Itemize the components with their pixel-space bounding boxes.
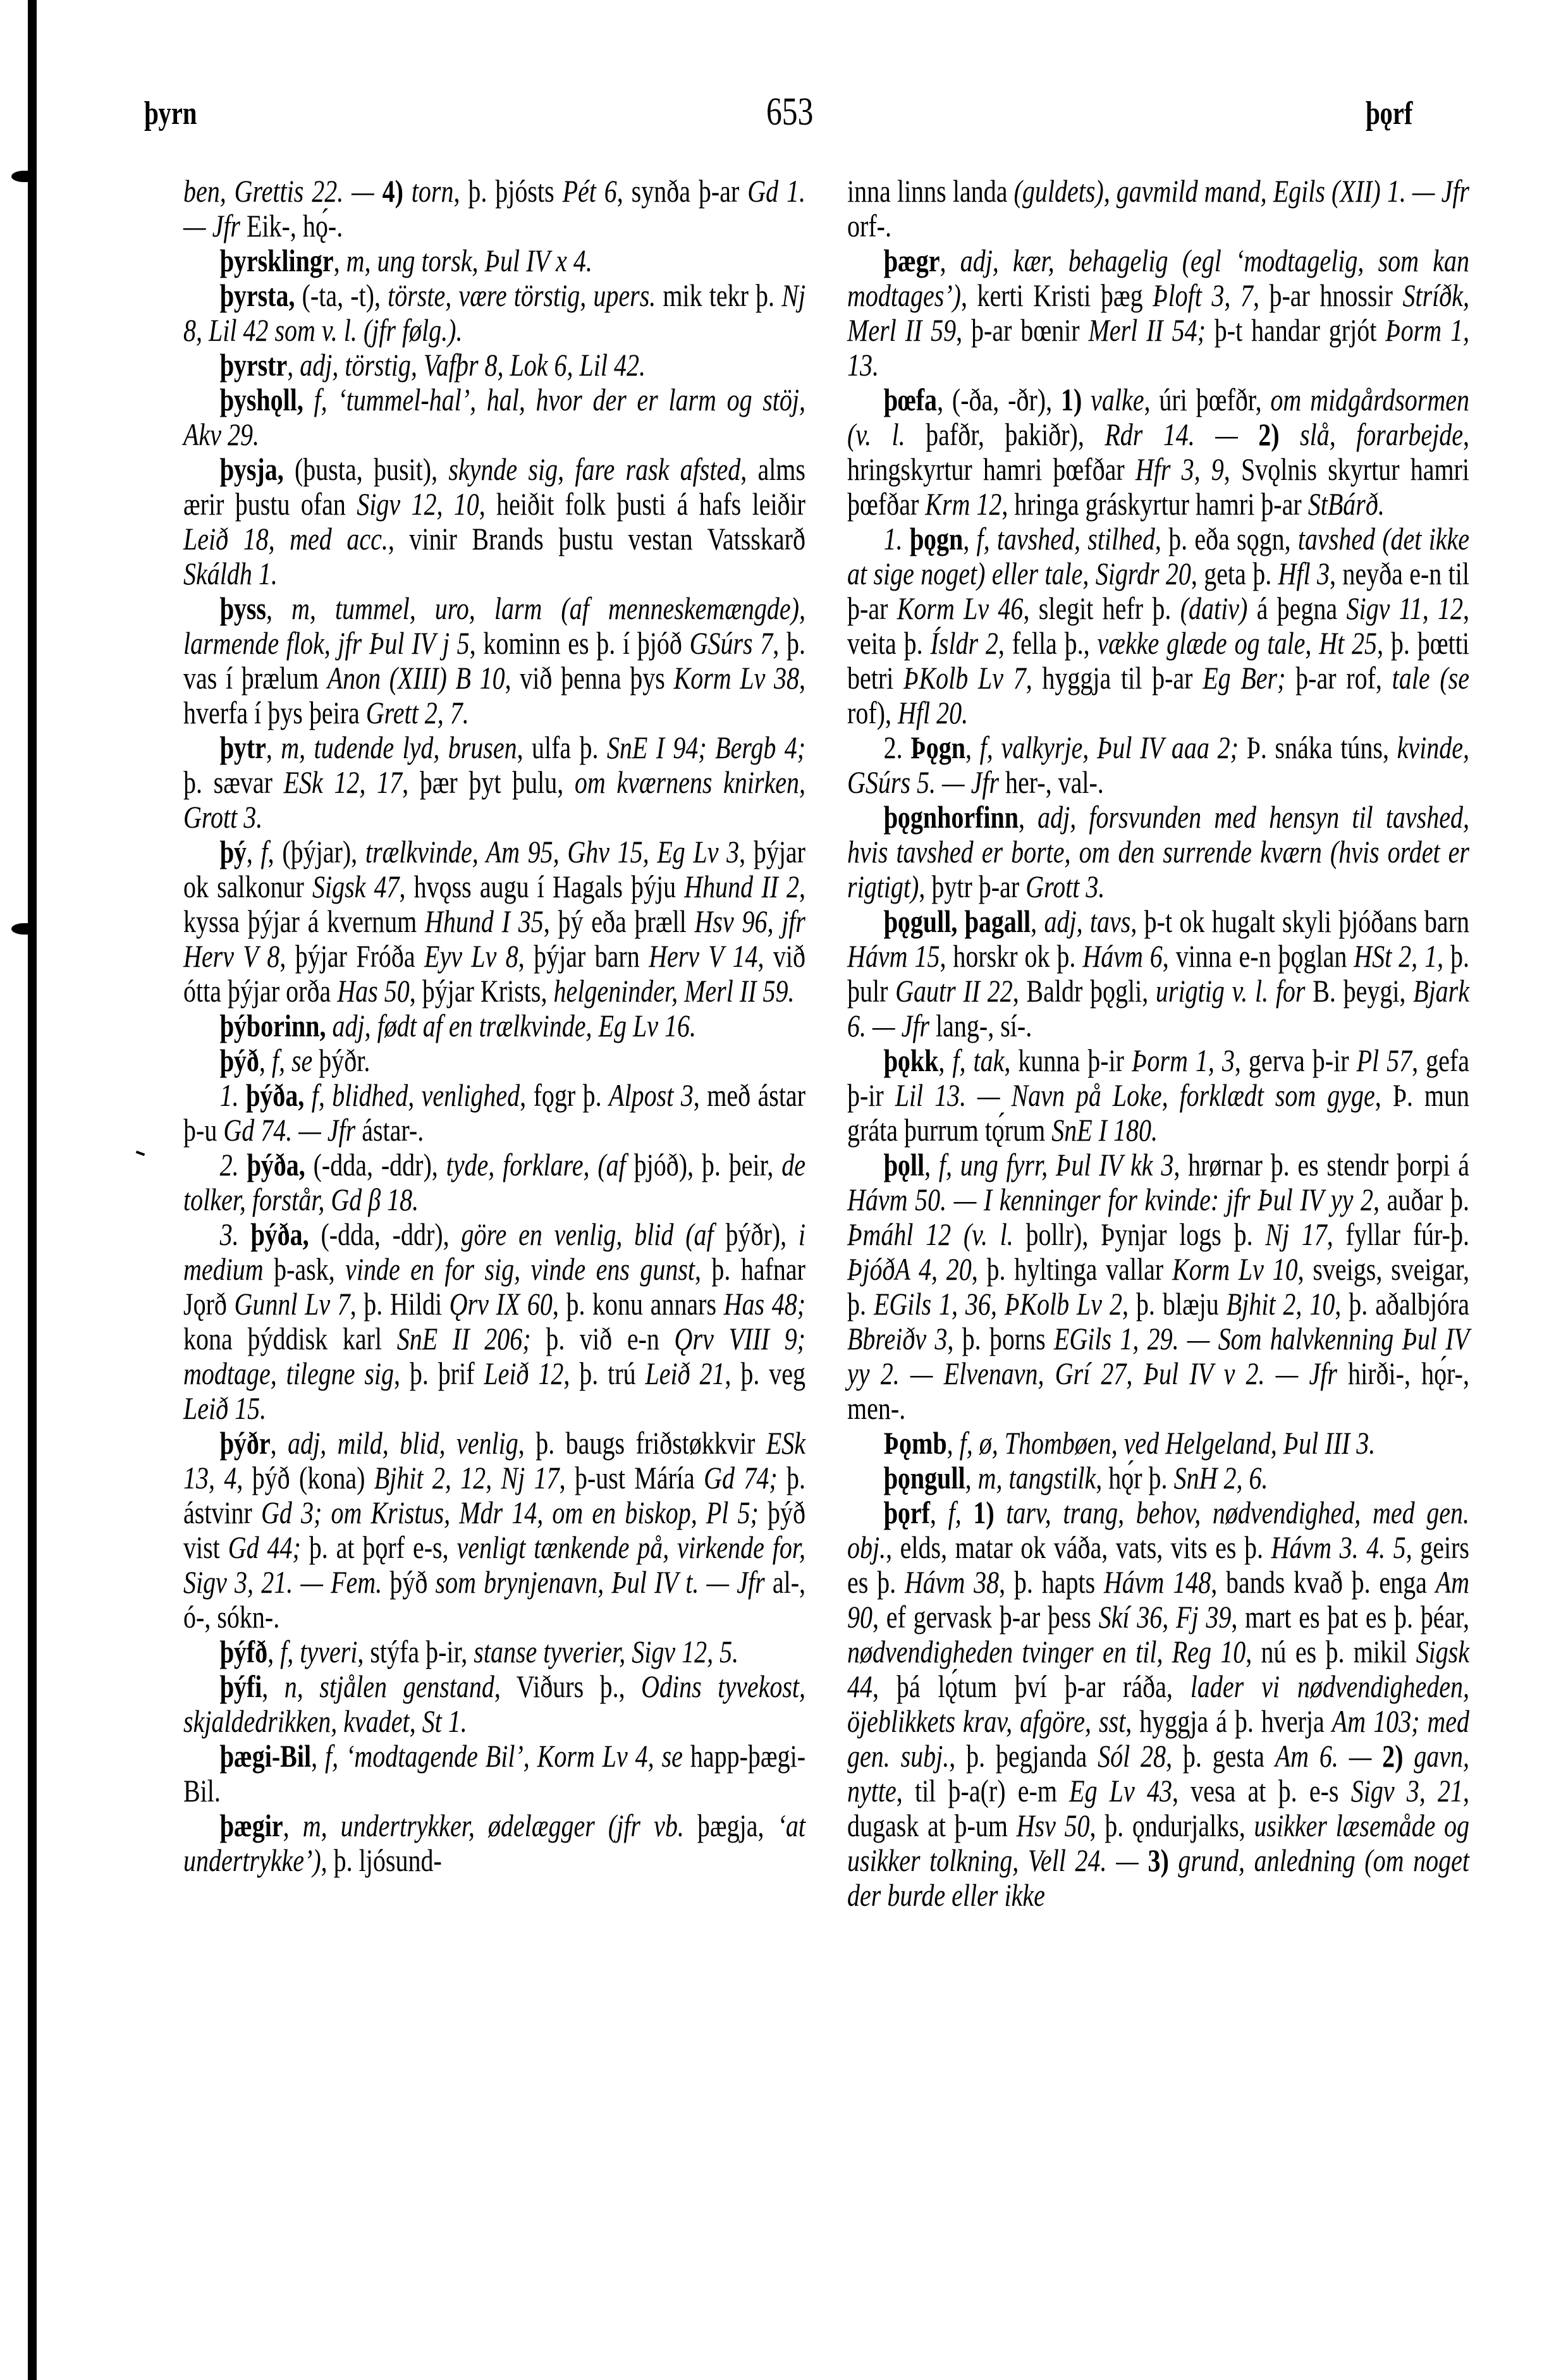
entry-text: , þ. eða sǫgn,	[1155, 521, 1298, 556]
italic-gloss: Korm Lv 46	[897, 591, 1024, 626]
headword: Þǫmb	[884, 1425, 947, 1461]
italic-gloss: Bjhit 2, 10	[1227, 1286, 1335, 1322]
entry-text: rof),	[847, 695, 898, 730]
entry-text: orf-.	[847, 208, 891, 243]
italic-gloss: m, ung torsk, Þul IV x 4.	[346, 243, 592, 278]
dictionary-entry: þǫkk, f, tak, kunna þ-ir Þorm 1, 3, gerv…	[847, 1043, 1469, 1148]
entry-text: B. þeygi,	[1306, 973, 1414, 1009]
italic-gloss: Hávm 148	[1104, 1564, 1211, 1600]
italic-gloss: tyde, forklare, (af	[446, 1147, 626, 1182]
entry-text: , hringa gráskyrtur hamri þ-ar	[1001, 486, 1307, 522]
italic-gloss: Hávm 38	[905, 1564, 999, 1600]
entry-text: , þ. þjósts	[453, 173, 562, 209]
dictionary-entry: 2. Þǫgn, f, valkyrje, Þul IV aaa 2; Þ. s…	[847, 730, 1469, 800]
italic-gloss: Sól 28	[1098, 1738, 1166, 1774]
italic-gloss: f, valkyrje, Þul IV aaa 2;	[980, 730, 1239, 765]
italic-gloss: f, tyveri	[280, 1634, 357, 1669]
headword: 4)	[383, 173, 412, 209]
entry-text: , þ. ǫndurjalks,	[1090, 1808, 1254, 1843]
entry-text: (-ta, -t),	[295, 278, 388, 313]
scan-speck	[136, 1151, 145, 1156]
italic-gloss: 1.	[220, 1077, 246, 1113]
italic-gloss: Þmáhl 12 (v. l.	[847, 1217, 1013, 1252]
italic-gloss: Hfl 3	[1278, 556, 1330, 591]
entry-text: , þ. ljósund-	[321, 1843, 442, 1878]
headword: þyshǫll,	[220, 382, 303, 417]
dictionary-entry: þǫngull, m, tangstilk, hǫ́r þ. SnH 2, 6.	[847, 1461, 1469, 1495]
italic-gloss: Eg Lv 43	[1069, 1773, 1172, 1808]
italic-gloss: ÞjóðA 4, 20	[847, 1251, 972, 1287]
entry-text: , þær þyt þulu,	[402, 764, 575, 800]
italic-gloss: valke	[1091, 382, 1144, 417]
italic-gloss: Ísldr 2	[930, 625, 998, 661]
italic-gloss: Krm 12	[925, 486, 1001, 522]
italic-gloss: slå, forarbejde	[1300, 417, 1463, 452]
entry-text: (þusta, þusit),	[284, 451, 449, 487]
entry-text: þ. við e-n	[531, 1321, 675, 1356]
italic-gloss: Has 48;	[724, 1286, 805, 1322]
italic-gloss: Has 50	[337, 973, 409, 1009]
italic-gloss: stanse tyverier, Sigv 12, 5.	[474, 1634, 738, 1669]
headword: þýðr	[220, 1425, 271, 1461]
italic-gloss: f	[261, 834, 268, 869]
entry-text: , þ-ust Máría	[560, 1460, 704, 1495]
italic-gloss: Gunnl Lv 7	[234, 1286, 350, 1322]
dictionary-entry: þǫrf, f, 1) tarv, trang, behov, nødvendi…	[847, 1495, 1469, 1913]
dictionary-entry: þyrsklingr, m, ung torsk, Þul IV x 4.	[183, 243, 805, 278]
italic-gloss: Leið 18, med acc.	[183, 521, 388, 556]
italic-gloss: Ǫrv IX 60	[450, 1286, 553, 1322]
entry-text: ,	[940, 243, 960, 278]
italic-gloss: Leið 21	[645, 1356, 725, 1391]
entry-text: , bands kvað þ. enga	[1211, 1564, 1435, 1600]
entry-text: , horskr ok þ.	[940, 938, 1082, 974]
headword: þysja,	[220, 451, 284, 487]
italic-gloss: Hávm 50. — I kenninger for kvinde: jfr Þ…	[847, 1182, 1373, 1217]
italic-gloss: f, blidhed, venlighed	[312, 1077, 520, 1113]
italic-gloss: f, se	[272, 1043, 312, 1078]
headword: þægi-Bil	[220, 1738, 311, 1774]
headword: þýfi	[220, 1669, 262, 1704]
dictionary-column-right: inna linns landa (guldets), gavmild mand…	[847, 174, 1469, 1913]
italic-gloss: Gd 3; om Kristus, Mdr 14, om en biskop, …	[261, 1495, 759, 1530]
italic-gloss: Grott 3.	[1025, 869, 1105, 904]
entry-text: ,	[965, 1460, 978, 1495]
entry-text	[303, 382, 314, 417]
entry-text: , úri þœfðr,	[1144, 382, 1271, 417]
entry-text: , þytr þ-ar	[919, 869, 1025, 904]
entry-text: , mart es þat es þ. þéar,	[1231, 1599, 1469, 1635]
entry-text: (-dda, -ddr),	[305, 1147, 446, 1182]
entry-text: , vinna e-n þǫglan	[1163, 938, 1354, 974]
entry-text: þ-t handar grjót	[1206, 312, 1385, 348]
entry-text: ,	[247, 834, 261, 869]
italic-gloss: (guldets), gavmild mand, Egils (XII) 1. …	[1014, 173, 1469, 209]
entry-text: , auðar þ.	[1373, 1182, 1469, 1217]
entry-text: , þ. þorns	[947, 1321, 1054, 1356]
headword: þýð	[220, 1043, 259, 1078]
headword: þǫll	[884, 1147, 924, 1182]
entry-text: , ulfa þ.	[517, 730, 607, 765]
entry-text: , hvǫss augu í Hagals þýju	[399, 869, 684, 904]
italic-gloss: Gautr II 22	[895, 973, 1013, 1009]
dictionary-entry: þægi-Bil, f, ‘modtagende Bil’, Korm Lv 4…	[183, 1739, 805, 1808]
dictionary-entry: þyss, m, tummel, uro, larm (af menneskem…	[183, 591, 805, 730]
entry-text: her-, val-.	[999, 764, 1104, 800]
headword: þǫkk	[884, 1043, 939, 1078]
headword: þýfð	[220, 1634, 268, 1669]
italic-gloss: vække glæde og tale, Ht 25	[1098, 625, 1378, 661]
italic-gloss: SnE I 180.	[1051, 1112, 1158, 1148]
italic-gloss: Lil 13. — Navn på Loke, forklædt som gyg…	[895, 1077, 1375, 1113]
entry-text: , við þenna þys	[505, 660, 674, 696]
entry-text: þ. at þǫrf e-s,	[301, 1530, 457, 1565]
entry-text: 2.	[884, 730, 911, 765]
dictionary-entry: þyrstr, adj, törstig, Vafþr 8, Lok 6, Li…	[183, 348, 805, 383]
entry-text: inna linns landa	[847, 173, 1014, 209]
italic-gloss: törste, være törstig, upers.	[388, 278, 656, 313]
entry-text: , þ. þegjanda	[949, 1738, 1098, 1774]
dictionary-entry: 2. þýða, (-dda, -ddr), tyde, forklare, (…	[183, 1148, 805, 1217]
italic-gloss: Hávm 15	[847, 938, 940, 974]
entry-text: , synða þ-ar	[617, 173, 747, 209]
entry-text: , gerva þ-ir	[1235, 1043, 1357, 1078]
italic-gloss: ÞKolb Lv 7	[903, 660, 1026, 696]
italic-gloss: vinde en for sig, vinde ens gunst	[345, 1251, 695, 1287]
entry-text: þýðr),	[714, 1217, 799, 1252]
dictionary-entry: 1. þýða, f, blidhed, venlighed, fǫgr þ. …	[183, 1078, 805, 1148]
entry-text: , þ-ar hnossir	[1253, 278, 1403, 313]
entry-text: ,	[262, 1669, 285, 1704]
entry-text: , (þýjar),	[268, 834, 365, 869]
entry-text: þjóð), þ. þeir,	[626, 1147, 781, 1182]
entry-text	[326, 1008, 332, 1043]
entry-text: þollr), Þynjar logs þ.	[1013, 1217, 1266, 1252]
italic-gloss: SnE II 206;	[397, 1321, 531, 1356]
entry-text: , þ. þrif	[394, 1356, 484, 1391]
dictionary-entry: þægir, m, undertrykker, ødelægger (jfr v…	[183, 1808, 805, 1878]
italic-gloss: f, ung fyrr, Þul IV kk 3	[939, 1147, 1173, 1182]
italic-gloss: Sigsk 47	[312, 869, 400, 904]
running-head-left: þyrn	[144, 95, 197, 132]
dictionary-entry: þysja, (þusta, þusit), skynde sig, fare …	[183, 452, 805, 591]
headword: þægir	[220, 1808, 283, 1843]
italic-gloss: Hfl 20.	[898, 695, 968, 730]
dictionary-entry: Þǫmb, f, ø, Thombøen, ved Helgeland, Þul…	[847, 1426, 1469, 1461]
entry-text: ,	[1019, 799, 1038, 835]
italic-gloss: Alpost 3	[609, 1077, 694, 1113]
italic-gloss: Eyv Lv 8	[424, 938, 518, 974]
entry-text: ,	[271, 1425, 288, 1461]
dictionary-entry: þýborinn, adj, født af en trælkvinde, Eg…	[183, 1009, 805, 1043]
italic-gloss: f, tavshed, stilhed	[977, 521, 1155, 556]
headword: Þǫgn	[910, 730, 965, 765]
italic-gloss: Grett 2, 7.	[366, 695, 469, 730]
italic-gloss: tale (se	[1392, 660, 1469, 696]
headword: þyss	[220, 591, 266, 626]
italic-gloss: Rdr 14. —	[1105, 417, 1258, 452]
entry-text: ,	[963, 521, 976, 556]
entry-text: , þ. hapts	[999, 1564, 1104, 1600]
entry-text: ,	[947, 1425, 960, 1461]
entry-text: , kerti Kristi þæg	[961, 278, 1153, 313]
italic-gloss: (dativ)	[1180, 591, 1248, 626]
entry-text: , vesa at þ. e-s	[1172, 1773, 1351, 1808]
italic-gloss: StBárð.	[1308, 486, 1385, 522]
italic-gloss: f, ø, Thombøen, ved Helgeland, Þul III 3…	[960, 1425, 1376, 1461]
italic-gloss: Gd 74. — Jfr	[223, 1112, 355, 1148]
entry-text: , fella þ.,	[998, 625, 1098, 661]
dictionary-entry: þyshǫll, f, ‘tummel-hal’, hal, hvor der …	[183, 383, 805, 452]
entry-text	[304, 1077, 311, 1113]
italic-gloss: adj, törstig, Vafþr 8, Lok 6, Lil 42.	[300, 347, 646, 383]
italic-gloss: Þloft 3, 7	[1153, 278, 1253, 313]
headword: þyrsta,	[220, 278, 295, 313]
entry-text: ,	[930, 1495, 948, 1530]
entry-text: , þýjar Fróða	[279, 938, 424, 974]
italic-gloss: 1.	[884, 521, 910, 556]
dictionary-entry: 1. þǫgn, f, tavshed, stilhed, þ. eða sǫg…	[847, 522, 1469, 730]
italic-gloss: Skí 36, Fj 39	[1099, 1599, 1232, 1635]
entry-text: , þ-t ok hugalt skyli þjóðans barn	[1130, 904, 1469, 939]
italic-gloss: adj, mild, blid, venlig	[288, 1425, 518, 1461]
entry-text: , kunna þ-ir	[1004, 1043, 1132, 1078]
italic-gloss: Herv V 14	[649, 938, 757, 974]
entry-text: , geta þ.	[1191, 556, 1278, 591]
italic-gloss: n, stjålen genstand	[285, 1669, 494, 1704]
entry-text: þýðr.	[312, 1043, 370, 1078]
dictionary-entry: þýfi, n, stjålen genstand, Viðurs þ., Od…	[183, 1669, 805, 1739]
entry-text: , elds, matar ok váða, vats, vits es þ.	[886, 1530, 1271, 1565]
headword: 2)	[1258, 417, 1300, 452]
headword: 3)	[1148, 1843, 1178, 1878]
entry-continuation: inna linns landa (guldets), gavmild mand…	[847, 174, 1469, 243]
entry-text: ,	[965, 730, 980, 765]
italic-gloss: SnE I 94; Bergb 4;	[607, 730, 805, 765]
italic-gloss: Eg Ber;	[1203, 660, 1285, 696]
entry-text: Þ. snáka túns,	[1239, 730, 1397, 765]
headword: þǫrf	[884, 1495, 930, 1530]
headword: 1)	[973, 1495, 1006, 1530]
italic-gloss: Nj 17	[1265, 1217, 1327, 1252]
entry-text: , kominn es þ. í þjóð	[470, 625, 690, 661]
italic-gloss: som brynjenavn, Þul IV t. — Jfr	[436, 1564, 765, 1600]
entry-continuation: ben, Grettis 22. — 4) torn, þ. þjósts Pé…	[183, 174, 805, 243]
italic-gloss: trælkvinde, Am 95, Ghv 15, Eg Lv 3	[365, 834, 739, 869]
headword: þǫgull, þagall	[884, 904, 1031, 939]
italic-gloss: GSúrs 7	[690, 625, 773, 661]
italic-gloss: torn	[412, 173, 454, 209]
italic-gloss: Gd 74;	[704, 1460, 778, 1495]
italic-gloss: Gd 44;	[228, 1530, 301, 1565]
dictionary-entry: þǫll, f, ung fyrr, Þul IV kk 3, hrørnar …	[847, 1148, 1469, 1426]
italic-gloss: m, undertrykker, ødelægger (jfr vb.	[303, 1808, 684, 1843]
italic-gloss: skynde sig, fare rask afsted	[448, 451, 740, 487]
entry-text: þ-ar rof,	[1285, 660, 1392, 696]
entry-text: þ. sævar	[183, 764, 284, 800]
dictionary-entry: þýðr, adj, mild, blid, venlig, þ. baugs …	[183, 1426, 805, 1635]
headword: þýða,	[246, 1077, 304, 1113]
headword: þýða,	[247, 1147, 305, 1182]
dictionary-entry: þyrsta, (-ta, -t), törste, være törstig,…	[183, 278, 805, 348]
italic-gloss: HSt 2, 1	[1354, 938, 1437, 974]
italic-gloss: Hávm 3. 4. 5	[1271, 1530, 1406, 1565]
headword: þýborinn,	[220, 1008, 326, 1043]
entry-text: , þýjar Krists,	[410, 973, 554, 1009]
scan-binding-edge	[28, 0, 37, 2380]
entry-text: , þ. gesta	[1166, 1738, 1275, 1774]
italic-gloss: EGils 1, 36, ÞKolb Lv 2	[874, 1286, 1122, 1322]
italic-gloss: nødvendigheden tvinger en til, Reg 10	[847, 1634, 1246, 1669]
entry-text: ,	[334, 243, 346, 278]
entry-text: þ-ask,	[264, 1251, 345, 1287]
page-number: 653	[766, 90, 813, 135]
entry-text: , hyggja til þ-ar	[1026, 660, 1203, 696]
italic-gloss: Pl 57	[1357, 1043, 1412, 1078]
italic-gloss: Leið 15.	[183, 1390, 266, 1426]
italic-gloss: Sigv 12, 10	[357, 486, 479, 522]
italic-gloss: Skáldh 1.	[183, 556, 278, 591]
headword: þý	[220, 834, 247, 869]
entry-text: , hǫ́r þ.	[1096, 1460, 1173, 1495]
dictionary-entry: þœfa, (-ða, -ðr), 1) valke, úri þœfðr, o…	[847, 383, 1469, 522]
entry-text: (-dda, -ddr),	[309, 1217, 462, 1252]
italic-gloss: Merl II 54;	[1088, 312, 1205, 348]
headword: 2)	[1382, 1738, 1414, 1774]
dictionary-column-left: ben, Grettis 22. — 4) torn, þ. þjósts Pé…	[183, 174, 805, 1878]
dictionary-entry: 3. þýða, (-dda, -ddr), göre en venlig, b…	[183, 1217, 805, 1426]
italic-gloss: f, tak	[952, 1043, 1004, 1078]
dictionary-entry: þýð, f, se þýðr.	[183, 1043, 805, 1078]
italic-gloss: Bjhit 2, 12, Nj 17	[374, 1460, 560, 1495]
entry-text: , hyggja á þ. hverja	[1125, 1703, 1331, 1739]
headword: þǫngull	[884, 1460, 965, 1495]
entry-text: þægja,	[684, 1808, 778, 1843]
entry-text: á þegna	[1247, 591, 1346, 626]
entry-text: þafðr, þakiðr),	[905, 417, 1105, 452]
entry-text: ,	[924, 1147, 939, 1182]
entry-text: , (-ða, -ðr),	[937, 382, 1061, 417]
entry-text: , þ. konu annars	[553, 1286, 724, 1322]
italic-gloss: helgeninder, Merl II 59.	[553, 973, 794, 1009]
headword: þǫgn	[910, 521, 964, 556]
italic-gloss: SnH 2, 6.	[1174, 1460, 1268, 1495]
headword: þyrsklingr	[220, 243, 334, 278]
italic-gloss: Korm Lv 38	[674, 660, 799, 696]
italic-gloss: m, tudende lyd, brusen	[281, 730, 517, 765]
entry-text: , hrørnar þ. es stendr þorpi á	[1173, 1147, 1469, 1182]
headword: 1)	[1061, 382, 1091, 417]
entry-text: ,	[938, 1043, 952, 1078]
entry-text: , nú es þ. mikil	[1246, 1634, 1416, 1669]
entry-text: kona þýddisk karl	[183, 1321, 397, 1356]
headword: þyrstr	[220, 347, 288, 383]
italic-gloss: ESk 12, 17	[284, 764, 402, 800]
entry-text: , þ. trú	[563, 1356, 645, 1391]
headword: þœfa	[884, 382, 937, 417]
entry-text: , fǫgr þ.	[520, 1077, 609, 1113]
italic-gloss: Hhund I 35	[425, 904, 544, 939]
italic-gloss: Am 6. —	[1275, 1738, 1382, 1774]
entry-text: mik tekr þ.	[656, 278, 781, 313]
italic-gloss: f,	[948, 1495, 974, 1530]
headword: þýða,	[250, 1217, 309, 1252]
italic-gloss: 3.	[220, 1217, 251, 1252]
entry-text: , fyllar fúr-þ.	[1327, 1217, 1469, 1252]
italic-gloss: göre en venlig, blid (af	[461, 1217, 713, 1252]
entry-text: lang-, sí-.	[929, 1008, 1032, 1043]
headword: þægr	[884, 243, 940, 278]
italic-gloss: Leið 12	[484, 1356, 563, 1391]
italic-gloss: 2.	[220, 1147, 247, 1182]
entry-text: ,	[283, 1808, 303, 1843]
entry-text: , Baldr þǫgli,	[1013, 973, 1156, 1009]
italic-gloss: adj, født af en trælkvinde, Eg Lv 16.	[332, 1008, 696, 1043]
italic-gloss: Korm Lv 10	[1172, 1251, 1298, 1287]
italic-gloss: Pét 6	[563, 173, 617, 209]
entry-text: , heiðit folk þusti á hafs leiðir	[479, 486, 805, 522]
dictionary-entry: þýfð, f, tyveri, stýfa þ-ir, stanse tyve…	[183, 1635, 805, 1669]
entry-text: , ef gervask þ-ar þess	[872, 1599, 1099, 1635]
entry-text: , þ. veg	[725, 1356, 805, 1391]
entry-text: ,	[259, 1043, 272, 1078]
entry-text: , þ. hyltinga vallar	[972, 1251, 1172, 1287]
entry-text: , þý eða þræll	[544, 904, 695, 939]
entry-text: ,	[266, 730, 281, 765]
italic-gloss: Sigv 3, 21	[1351, 1773, 1463, 1808]
italic-gloss: Anon (XIII) B 10	[328, 660, 505, 696]
dictionary-entry: þægr, adj, kær, behagelig (egl ‘modtagel…	[847, 243, 1469, 383]
entry-text: , vinir Brands þustu vestan Vatsskarð	[388, 521, 805, 556]
entry-text: , slegit hefr þ.	[1023, 591, 1180, 626]
italic-gloss: Sigv 11, 12	[1347, 591, 1464, 626]
dictionary-entry: þǫgull, þagall, adj, tavs, þ-t ok hugalt…	[847, 904, 1469, 1043]
italic-gloss: f, ‘modtagende Bil’, Korm Lv 4, se	[325, 1738, 683, 1774]
entry-text: Eik-, hǫ́-.	[240, 208, 343, 243]
entry-text: , stýfa þ-ir,	[357, 1634, 474, 1669]
entry-text: , þ. baugs friðstøkkvir	[518, 1425, 766, 1461]
dictionary-entry: þǫgnhorfinn, adj, forsvunden med hensyn …	[847, 800, 1469, 904]
entry-text: ,	[287, 347, 300, 383]
entry-text: , Viðurs þ.,	[494, 1669, 641, 1704]
entry-text: , þýð (kona)	[236, 1460, 374, 1495]
italic-gloss: ben, Grettis 22. —	[183, 173, 383, 209]
headword: þǫgnhorfinn	[884, 799, 1019, 835]
italic-gloss: Þorm 1, 3	[1132, 1043, 1235, 1078]
italic-gloss: m, tangstilk	[978, 1460, 1096, 1495]
italic-gloss: Hfr 3, 9	[1136, 451, 1224, 487]
entry-text: , þá lǫ́tum því þ-ar ráða,	[872, 1669, 1191, 1704]
entry-text: , þ. Hildi	[350, 1286, 450, 1322]
italic-gloss: Hhund II 2	[684, 869, 799, 904]
entry-text: ástar-.	[355, 1112, 424, 1148]
entry-text: ,	[311, 1738, 325, 1774]
dictionary-entry: þytr, m, tudende lyd, brusen, ulfa þ. Sn…	[183, 730, 805, 835]
entry-text: , þ-ar bœnir	[956, 312, 1088, 348]
italic-gloss: urigtig v. l. for	[1156, 973, 1306, 1009]
italic-gloss: Hávm 6	[1082, 938, 1162, 974]
entry-text: þýð	[382, 1564, 435, 1600]
headword: þytr	[220, 730, 266, 765]
dictionary-entry: þý, f, (þýjar), trælkvinde, Am 95, Ghv 1…	[183, 835, 805, 1009]
italic-gloss: Bbreiðv 3	[847, 1321, 947, 1356]
entry-text: , þ. aðalbjóra	[1335, 1286, 1469, 1322]
running-head-right: þǫrf	[1366, 95, 1412, 132]
entry-text: ,	[1031, 904, 1044, 939]
entry-text: , þ. blæju	[1122, 1286, 1227, 1322]
entry-text: ,	[266, 591, 291, 626]
entry-text: , þýjar barn	[518, 938, 649, 974]
